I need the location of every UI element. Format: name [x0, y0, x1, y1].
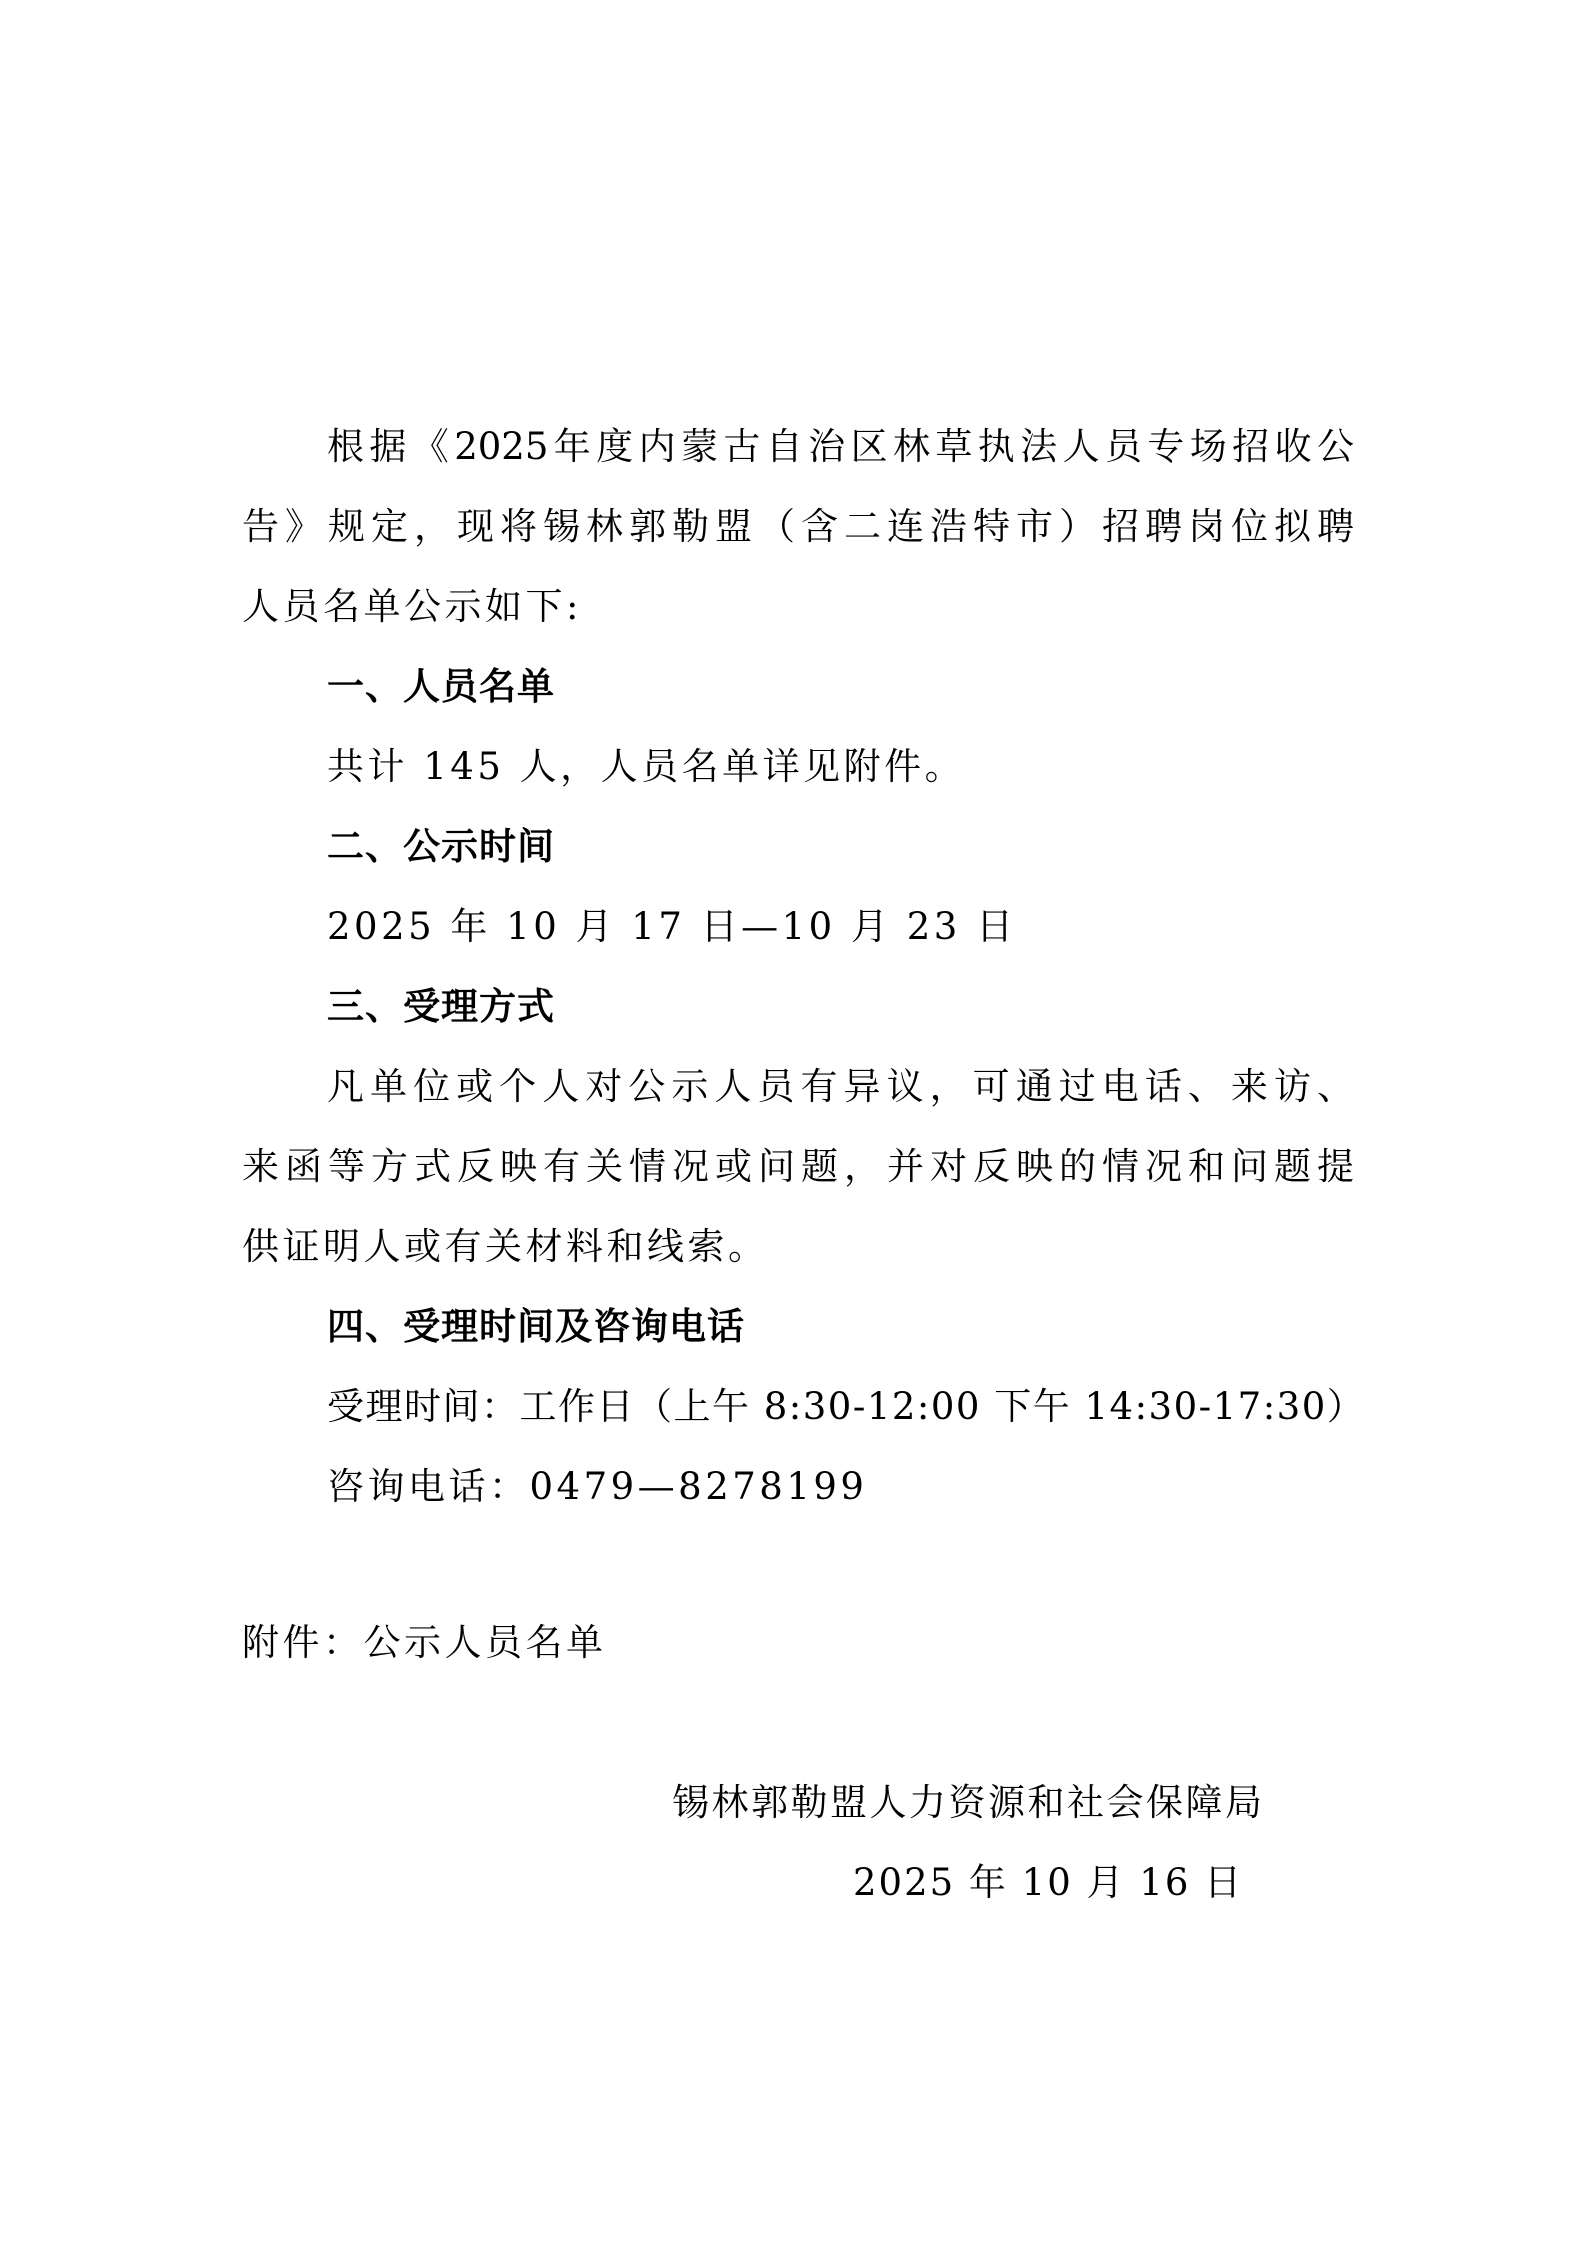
intro-line-1: 根据《2025年度内蒙古自治区林草执法人员专场招收公 — [327, 417, 1354, 477]
section-acceptance-method-line-3: 供证明人或有关材料和线索。 — [242, 1217, 1354, 1277]
section-acceptance-method-line-1: 凡单位或个人对公示人员有异议，可通过电话、来访、 — [327, 1057, 1354, 1117]
section-acceptance-method-line-2: 来函等方式反映有关情况或问题，并对反映的情况和问题提 — [242, 1137, 1354, 1197]
intro-line-2: 告》规定，现将锡林郭勒盟（含二连浩特市）招聘岗位拟聘 — [242, 497, 1354, 557]
section-personnel-list-text: 共计 145 人，人员名单详见附件。 — [327, 737, 1354, 797]
section-heading-hours-and-phone: 四、受理时间及咨询电话 — [327, 1297, 1354, 1357]
issuing-organization: 锡林郭勒盟人力资源和社会保障局 — [672, 1773, 1312, 1833]
section-heading-publicity-period: 二、公示时间 — [327, 817, 1354, 877]
intro-line-3: 人员名单公示如下: — [242, 577, 1354, 637]
acceptance-hours-text: 受理时间：工作日（上午 8:30-12:00 下午 14:30-17:30） — [327, 1377, 1354, 1437]
section-heading-acceptance-method: 三、受理方式 — [327, 977, 1354, 1037]
issue-date: 2025 年 10 月 16 日 — [853, 1853, 1213, 1913]
section-heading-personnel-list: 一、人员名单 — [327, 657, 1354, 717]
consultation-phone-text: 咨询电话：0479—8278199 — [327, 1457, 1354, 1517]
section-publicity-period-text: 2025 年 10 月 17 日—10 月 23 日 — [327, 897, 1354, 957]
attachment-note: 附件：公示人员名单 — [242, 1613, 1354, 1673]
document-page: 根据《2025年度内蒙古自治区林草执法人员专场招收公 告》规定，现将锡林郭勒盟（… — [0, 0, 1587, 2245]
